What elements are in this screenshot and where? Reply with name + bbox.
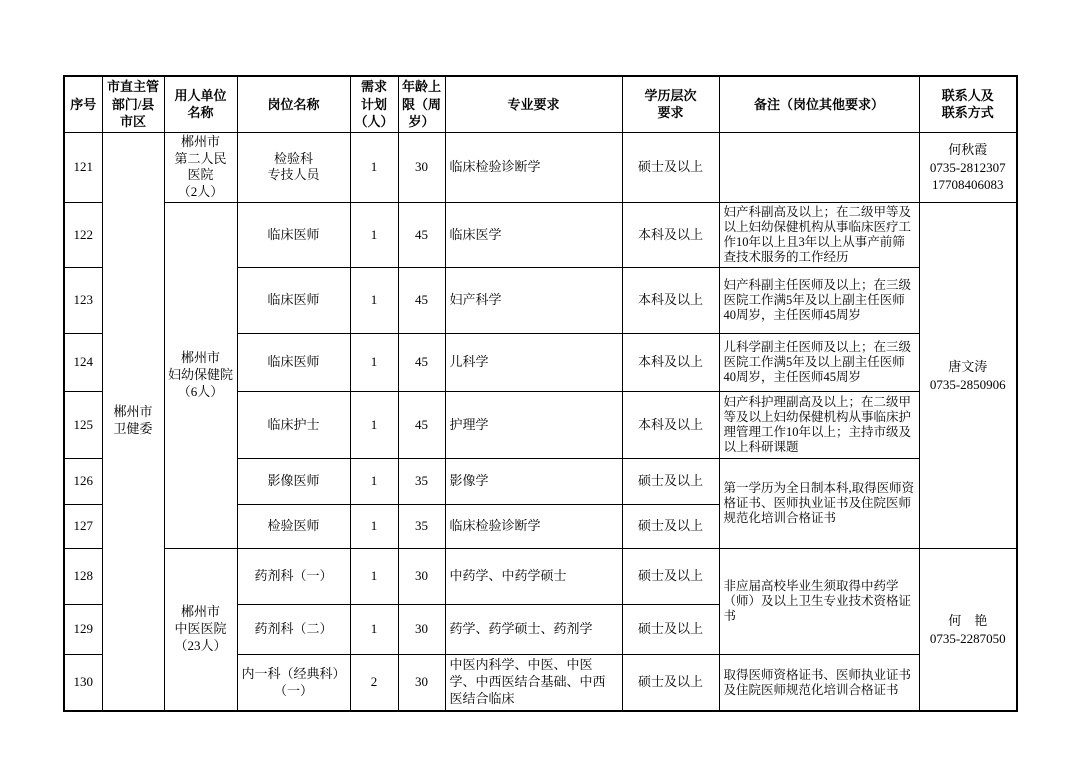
contact-cell: 何秋霞 0735-2812307 17708406083 <box>919 132 1017 203</box>
position-cell: 药剂科（一） <box>237 549 350 605</box>
education-cell: 硕士及以上 <box>622 505 719 549</box>
major-cell: 中医内科学、中医、中医学、中西医结合基础、中西医结合临床 <box>445 655 622 711</box>
col-header-position: 岗位名称 <box>237 76 350 132</box>
major-cell: 临床检验诊断学 <box>445 505 622 549</box>
position-cell: 药剂科（二） <box>237 605 350 655</box>
demand-cell: 2 <box>350 655 398 711</box>
recruitment-table: 序号 市直主管 部门/县 市区 用人单位 名称 岗位名称 需求 计划 （人） 年… <box>63 75 1018 712</box>
remark-cell: 第一学历为全日制本科,取得医师资格证书、医师执业证书及住院医师规范化培训合格证书 <box>719 459 919 549</box>
table-header-row: 序号 市直主管 部门/县 市区 用人单位 名称 岗位名称 需求 计划 （人） 年… <box>64 76 1017 132</box>
age-cell: 35 <box>398 505 445 549</box>
position-cell: 临床医师 <box>237 334 350 392</box>
remark-cell <box>719 132 919 203</box>
remark-cell: 妇产科护理副高及以上；在二级甲等及以上妇幼保健机构从事临床护理管理工作10年以上… <box>719 392 919 459</box>
employer-cell: 郴州市 中医医院 （23人） <box>164 549 237 711</box>
employer-cell: 郴州市 妇幼保健院 （6人） <box>164 203 237 549</box>
demand-cell: 1 <box>350 334 398 392</box>
demand-cell: 1 <box>350 203 398 268</box>
table-row: 128 郴州市 中医医院 （23人） 药剂科（一） 1 30 中药学、中药学硕士… <box>64 549 1017 605</box>
education-cell: 硕士及以上 <box>622 549 719 605</box>
education-cell: 硕士及以上 <box>622 655 719 711</box>
col-header-contact: 联系人及 联系方式 <box>919 76 1017 132</box>
col-header-education: 学历层次 要求 <box>622 76 719 132</box>
demand-cell: 1 <box>350 459 398 505</box>
seq-cell: 129 <box>64 605 102 655</box>
remark-cell: 取得医师资格证书、医师执业证书及住院医师规范化培训合格证书 <box>719 655 919 711</box>
table-row: 122 郴州市 妇幼保健院 （6人） 临床医师 1 45 临床医学 本科及以上 … <box>64 203 1017 268</box>
major-cell: 中药学、中药学硕士 <box>445 549 622 605</box>
demand-cell: 1 <box>350 605 398 655</box>
seq-cell: 121 <box>64 132 102 203</box>
education-cell: 本科及以上 <box>622 392 719 459</box>
education-cell: 硕士及以上 <box>622 459 719 505</box>
age-cell: 45 <box>398 268 445 334</box>
table-row: 121 郴州市 卫健委 郴州市 第二人民 医院 （2人） 检验科 专技人员 1 … <box>64 132 1017 203</box>
seq-cell: 123 <box>64 268 102 334</box>
age-cell: 45 <box>398 334 445 392</box>
seq-cell: 124 <box>64 334 102 392</box>
age-cell: 30 <box>398 605 445 655</box>
remark-cell: 妇产科副高及以上；在二级甲等及以上妇幼保健机构从事临床医疗工作10年以上且3年以… <box>719 203 919 268</box>
seq-cell: 122 <box>64 203 102 268</box>
remark-cell: 非应届高校毕业生须取得中药学（师）及以上卫生专业技术资格证书 <box>719 549 919 655</box>
education-cell: 硕士及以上 <box>622 605 719 655</box>
major-cell: 临床医学 <box>445 203 622 268</box>
education-cell: 本科及以上 <box>622 203 719 268</box>
education-cell: 本科及以上 <box>622 268 719 334</box>
remark-cell: 妇产科副主任医师及以上；在三级医院工作满5年及以上副主任医师40周岁，主任医师4… <box>719 268 919 334</box>
seq-cell: 127 <box>64 505 102 549</box>
seq-cell: 125 <box>64 392 102 459</box>
col-header-age-limit: 年龄上 限（周 岁） <box>398 76 445 132</box>
col-header-seq: 序号 <box>64 76 102 132</box>
demand-cell: 1 <box>350 132 398 203</box>
major-cell: 临床检验诊断学 <box>445 132 622 203</box>
position-cell: 检验医师 <box>237 505 350 549</box>
contact-cell: 何 艳 0735-2287050 <box>919 549 1017 711</box>
age-cell: 35 <box>398 459 445 505</box>
position-cell: 临床医师 <box>237 203 350 268</box>
col-header-remark: 备注（岗位其他要求） <box>719 76 919 132</box>
seq-cell: 128 <box>64 549 102 605</box>
major-cell: 儿科学 <box>445 334 622 392</box>
recruitment-table-container: 序号 市直主管 部门/县 市区 用人单位 名称 岗位名称 需求 计划 （人） 年… <box>63 75 1018 712</box>
major-cell: 妇产科学 <box>445 268 622 334</box>
age-cell: 30 <box>398 549 445 605</box>
education-cell: 硕士及以上 <box>622 132 719 203</box>
age-cell: 45 <box>398 203 445 268</box>
position-cell: 内一科（经典科） （一） <box>237 655 350 711</box>
seq-cell: 126 <box>64 459 102 505</box>
age-cell: 30 <box>398 655 445 711</box>
seq-cell: 130 <box>64 655 102 711</box>
demand-cell: 1 <box>350 549 398 605</box>
major-cell: 药学、药学硕士、药剂学 <box>445 605 622 655</box>
major-cell: 护理学 <box>445 392 622 459</box>
remark-cell: 儿科学副主任医师及以上；在三级医院工作满5年及以上副主任医师40周岁，主任医师4… <box>719 334 919 392</box>
position-cell: 影像医师 <box>237 459 350 505</box>
education-cell: 本科及以上 <box>622 334 719 392</box>
contact-cell: 唐文涛 0735-2850906 <box>919 203 1017 549</box>
age-cell: 45 <box>398 392 445 459</box>
position-cell: 临床护士 <box>237 392 350 459</box>
col-header-employer: 用人单位 名称 <box>164 76 237 132</box>
col-header-demand: 需求 计划 （人） <box>350 76 398 132</box>
department-cell: 郴州市 卫健委 <box>102 132 164 711</box>
demand-cell: 1 <box>350 392 398 459</box>
major-cell: 影像学 <box>445 459 622 505</box>
col-header-major: 专业要求 <box>445 76 622 132</box>
col-header-department: 市直主管 部门/县 市区 <box>102 76 164 132</box>
position-cell: 检验科 专技人员 <box>237 132 350 203</box>
demand-cell: 1 <box>350 505 398 549</box>
page: { "colors": { "text": "#000000", "border… <box>0 0 1080 763</box>
age-cell: 30 <box>398 132 445 203</box>
employer-cell: 郴州市 第二人民 医院 （2人） <box>164 132 237 203</box>
demand-cell: 1 <box>350 268 398 334</box>
position-cell: 临床医师 <box>237 268 350 334</box>
